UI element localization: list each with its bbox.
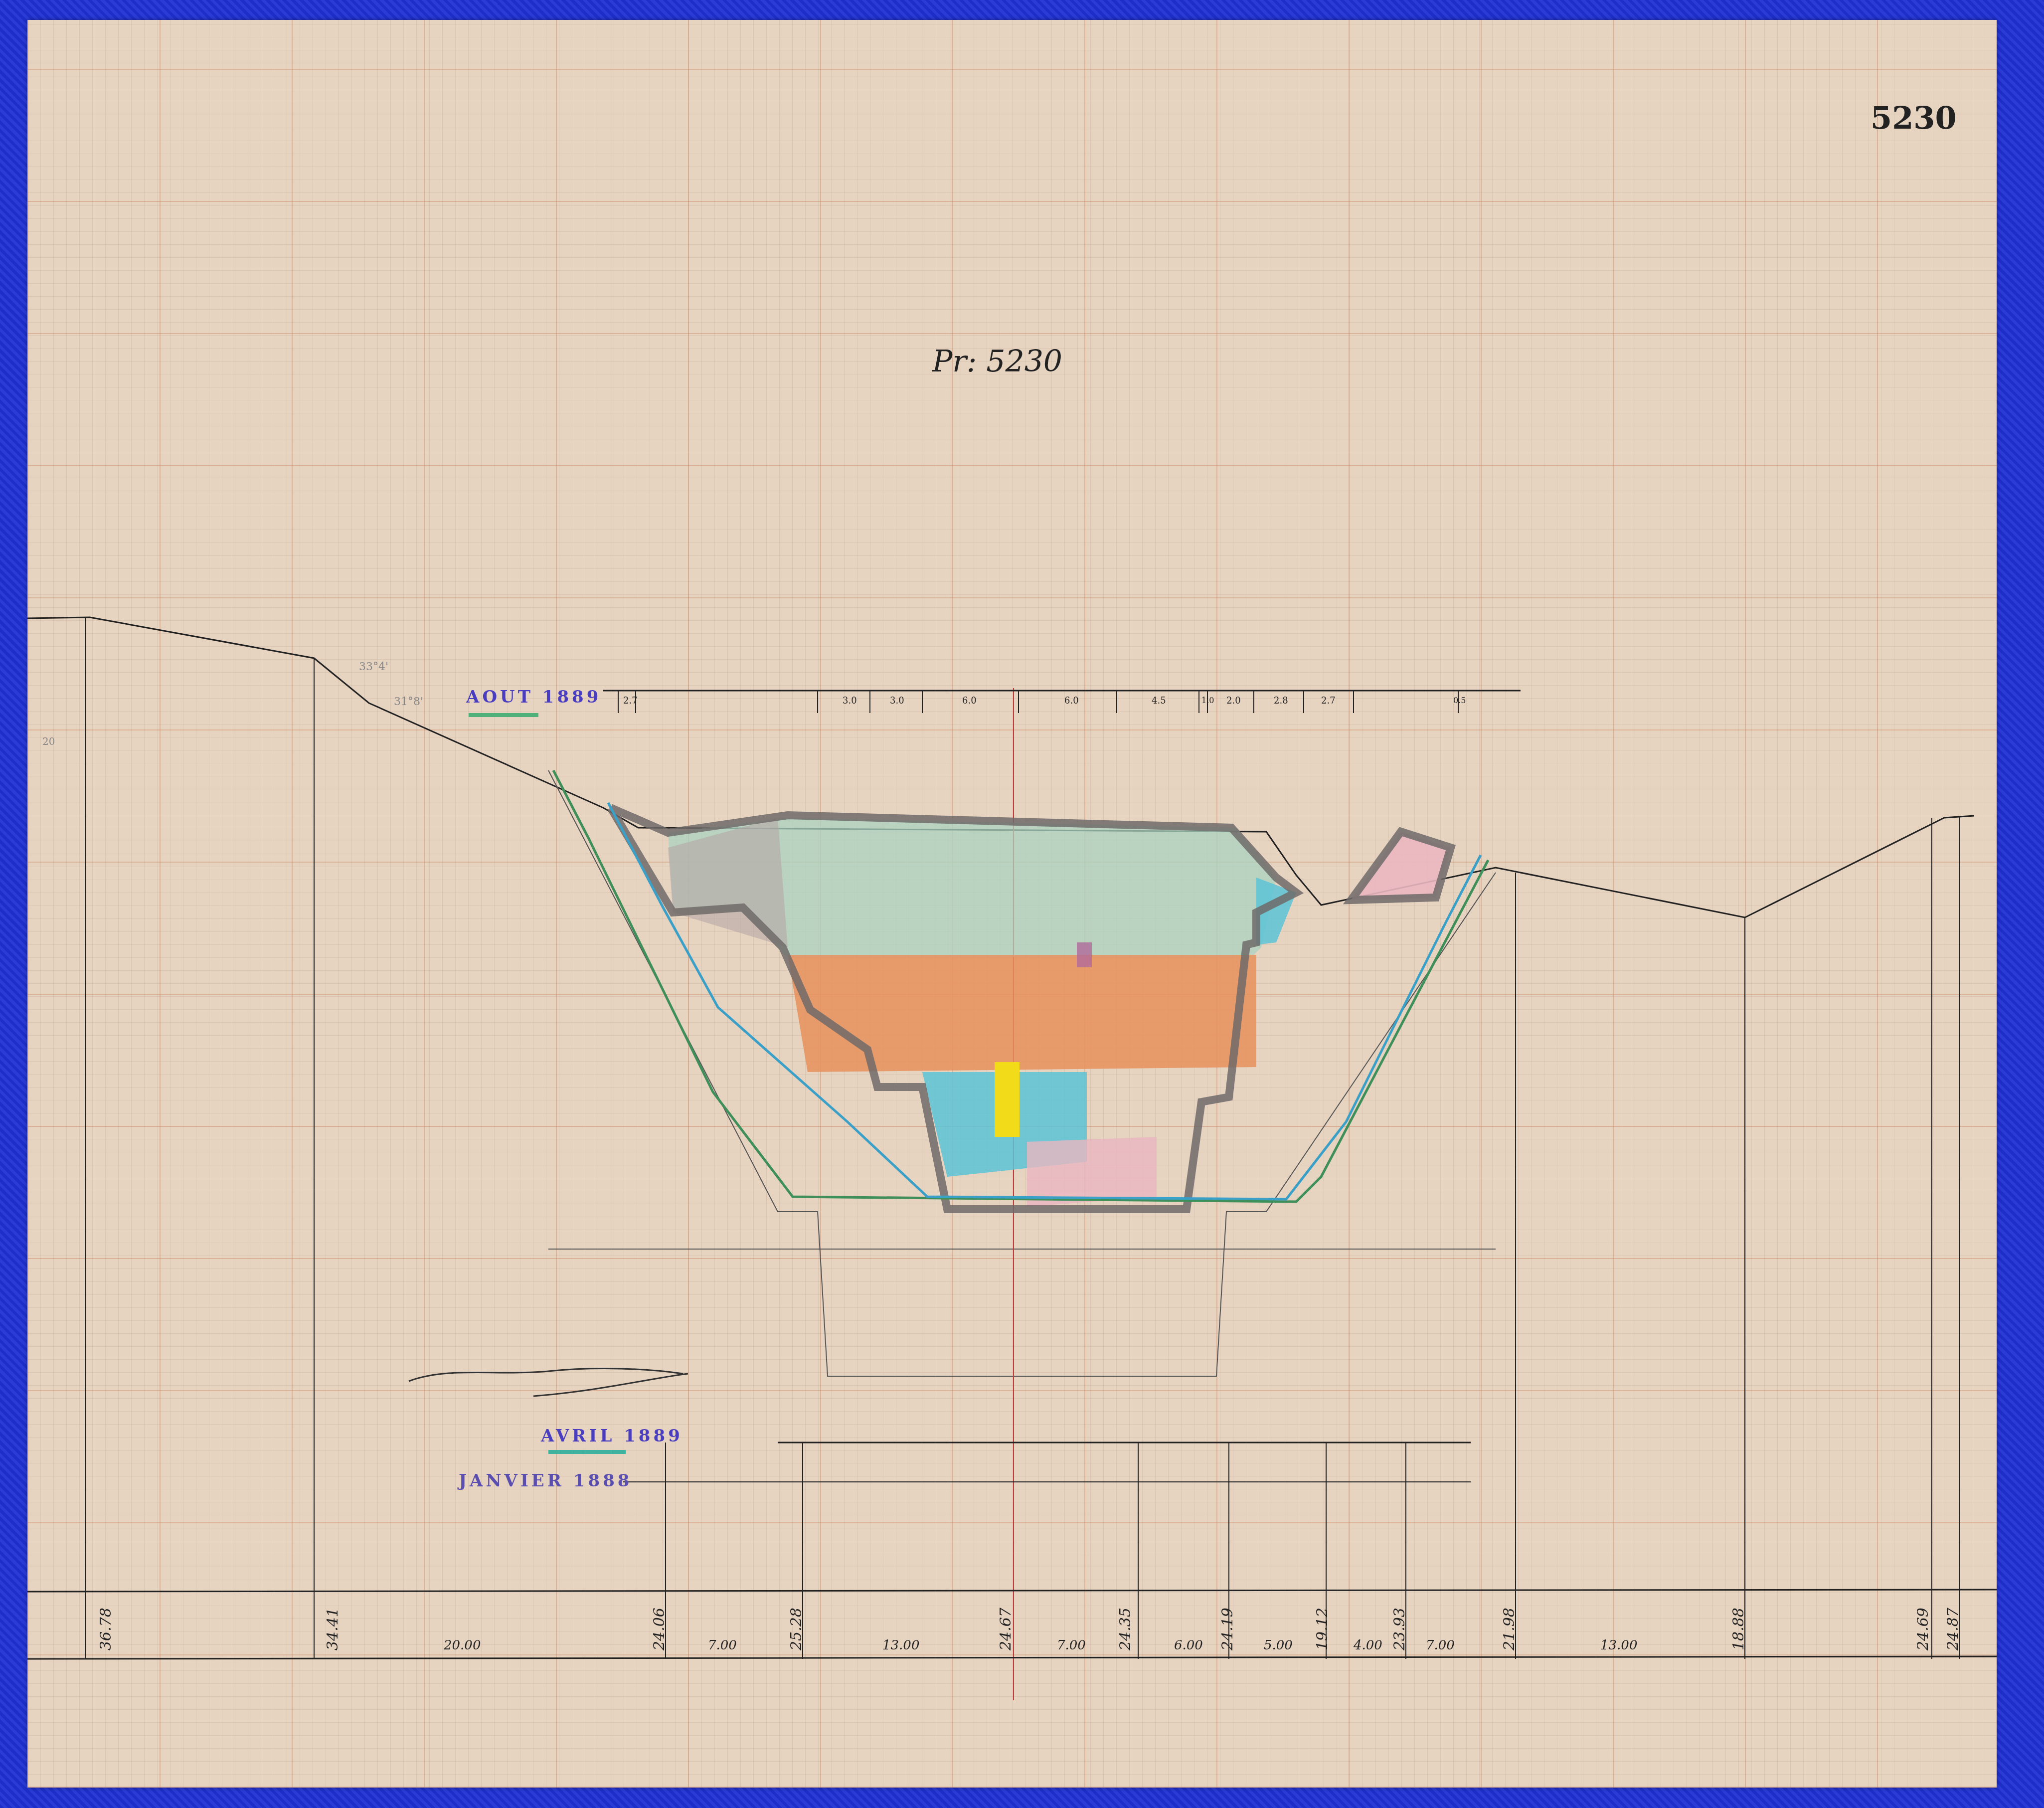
elev-7: 19.12 (1314, 1608, 1331, 1650)
dist-8: 13.00 (1600, 1638, 1637, 1653)
dist-0: 20.00 (444, 1638, 481, 1653)
elev-8: 23.93 (1391, 1608, 1408, 1650)
sheet-number: 5230 (1871, 100, 1957, 136)
top-dist-2: 3.0 (890, 696, 904, 706)
dist-4: 6.00 (1174, 1638, 1203, 1653)
top-dist-7: 2.0 (1226, 696, 1241, 706)
elev-11: 24.69 (1914, 1608, 1932, 1650)
yellow-fill (995, 1062, 1020, 1137)
top-dist-4: 6.0 (1064, 696, 1079, 706)
stamp-janvier-1888: JANVIER 1888 (459, 1471, 632, 1491)
profile-title: Pr: 5230 (932, 344, 1062, 379)
signature (409, 1369, 688, 1396)
elev-1: 34.41 (324, 1608, 341, 1650)
dist-6: 4.00 (1354, 1638, 1382, 1653)
top-dist-3: 6.0 (962, 696, 977, 706)
bottom-table-top-rule (27, 1590, 1997, 1592)
top-dist-10: 0.5 (1453, 696, 1466, 705)
dist-1: 7.00 (708, 1638, 737, 1653)
elev-9: 21.98 (1501, 1608, 1518, 1650)
cross-section-drawing (0, 0, 2044, 1808)
top-dist-0: 2.7 (623, 696, 638, 706)
dist-2: 13.00 (882, 1638, 919, 1653)
stamp-aout-1889: AOUT 1889 (466, 687, 601, 707)
pink-fill (1027, 1137, 1157, 1207)
elev-10: 18.88 (1730, 1608, 1747, 1650)
bottom-table-bottom-rule (27, 1656, 1997, 1659)
stamp-avril-1889: AVRIL 1889 (541, 1426, 683, 1446)
top-dist-9: 2.7 (1321, 696, 1336, 706)
elev-2: 24.06 (651, 1608, 668, 1650)
elev-4: 24.67 (997, 1608, 1015, 1650)
top-dist-1: 3.0 (843, 696, 857, 706)
dist-7: 7.00 (1426, 1638, 1455, 1653)
top-dist-6: 1.0 (1201, 696, 1214, 705)
top-dist-8: 2.8 (1274, 696, 1288, 706)
angle-annotation-1: 33°4' (359, 661, 388, 673)
dist-3: 7.00 (1057, 1638, 1086, 1653)
orange-fill (788, 955, 1256, 1072)
elev-12: 24.87 (1944, 1608, 1962, 1650)
top-dist-5: 4.5 (1152, 696, 1166, 706)
elev-6: 24.19 (1219, 1608, 1236, 1650)
hatched-marker (1077, 942, 1092, 967)
left-scale-mark: 20 (42, 735, 55, 747)
elev-0: 36.78 (97, 1608, 115, 1650)
elev-3: 25.28 (788, 1608, 805, 1650)
angle-annotation-2: 31°8' (394, 696, 423, 708)
elev-5: 24.35 (1117, 1608, 1134, 1650)
dist-5: 5.00 (1264, 1638, 1293, 1653)
